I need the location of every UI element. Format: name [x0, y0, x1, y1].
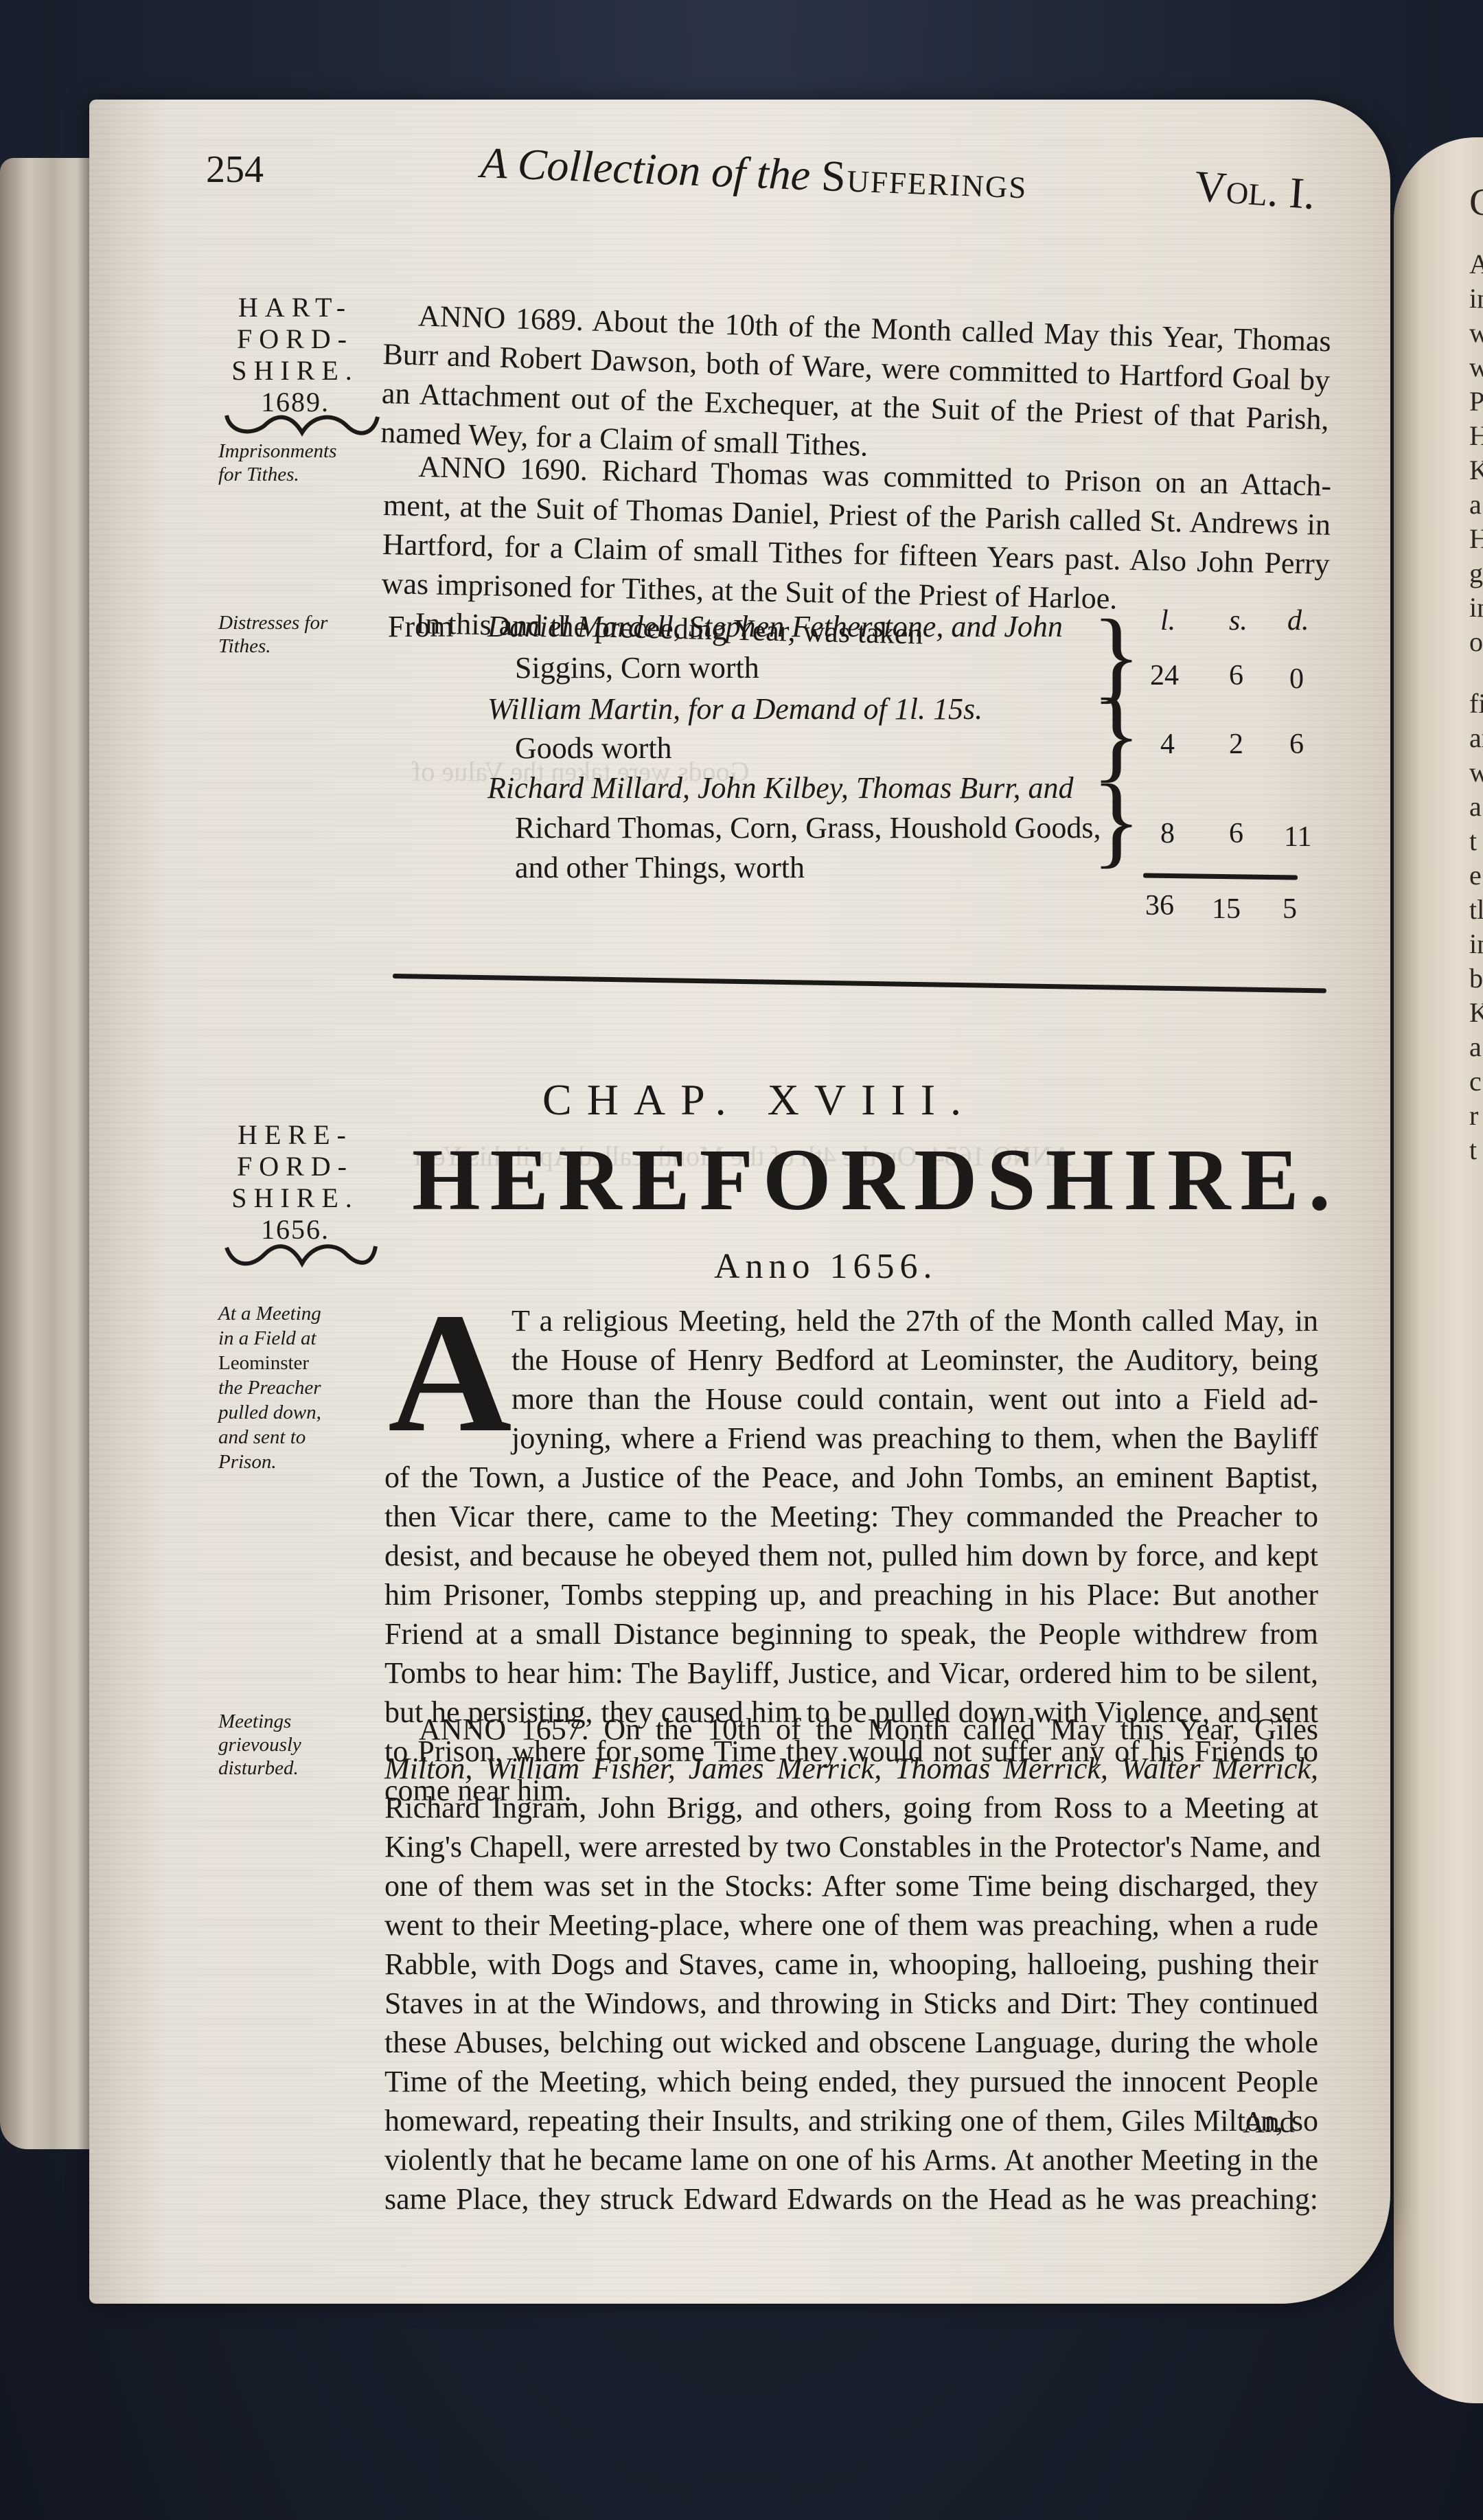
facing-page-fragment: in [1469, 282, 1483, 316]
facing-page-fragment: P [1469, 385, 1483, 419]
margin-note-line: for Tithes. [218, 463, 376, 486]
table-row-3-line-3: and other Things, worth [515, 849, 805, 887]
facing-page-fragment: a [1469, 1030, 1482, 1064]
text-line: homeward, repeating their Insults, and s… [384, 2101, 1318, 2140]
row-3-pence: 11 [1284, 821, 1311, 854]
facing-page-fragment: g [1469, 556, 1483, 591]
facing-page-fragment: tl [1469, 893, 1483, 927]
row-2-pence: 6 [1289, 728, 1304, 761]
margin-note-line: in a Field at [218, 1326, 376, 1351]
table-row-1-line-1: Daniel Mardell, Stephen Fetherstone, and… [487, 608, 1063, 646]
chapter-label: CHAP. XVIII. [542, 1075, 976, 1125]
text-line: T a religious Meeting, held the 27th of … [511, 1301, 1318, 1340]
text-line: of the Town, a Justice of the Peace, and… [384, 1458, 1318, 1497]
margin-heading-line: HERE- [227, 1119, 364, 1151]
text-line: Friend at a small Distance beginning to … [384, 1614, 1318, 1653]
facing-page-fragment: w [1469, 350, 1483, 385]
row-1-pence: 0 [1289, 663, 1304, 696]
facing-page-fragment: r [1469, 1099, 1478, 1133]
facing-page-fragment: e [1469, 858, 1482, 893]
row-3-pounds: 8 [1160, 817, 1175, 850]
text-line: Rabble, with Dogs and Staves, came in, w… [384, 1945, 1318, 1984]
facing-page-fragment: K [1469, 453, 1483, 488]
margin-note-line: Leominster [218, 1351, 376, 1375]
column-header-pounds: l. [1160, 604, 1175, 637]
text-line: same Place, they struck Edward Edwards o… [384, 2179, 1318, 2219]
row-2-pounds: 4 [1160, 728, 1175, 761]
facing-page-fragment: w [1469, 755, 1483, 790]
facing-page-fragment: c [1469, 1064, 1482, 1099]
book-page-edges [0, 158, 96, 2149]
facing-page-fragment: ar [1469, 721, 1483, 755]
facing-page-fragment: w [1469, 316, 1483, 350]
facing-page-fragment: H [1469, 522, 1483, 556]
facing-page-fragment: by [1469, 961, 1483, 996]
margin-heading-line: SHIRE. [227, 1182, 364, 1214]
flourish-ornament-icon [223, 409, 381, 443]
margin-note-distresses: Distresses for Tithes. [218, 611, 376, 658]
margin-note-line: the Preacher [218, 1375, 376, 1400]
margin-note-line: Meetings [218, 1710, 376, 1733]
text-line: then Vicar there, came to the Meeting: T… [384, 1497, 1318, 1536]
facing-page-fragment: fir [1469, 687, 1483, 721]
text-line: King's Chapell, were arrested by two Con… [384, 1827, 1318, 1866]
text-line: one of them was set in the Stocks: After… [384, 1866, 1318, 1905]
facing-page-fragment: a [1469, 790, 1482, 824]
margin-note-meeting-leominster: At a Meeting in a Field at Leominster th… [218, 1301, 376, 1474]
table-row-1-line-2: Siggins, Corn worth [515, 649, 759, 687]
facing-page-fragment: A [1469, 247, 1483, 282]
text-line: Staves in at the Windows, and throwing i… [384, 1984, 1318, 2023]
table-row-2-line-1: William Martin, for a Demand of 1l. 15s. [487, 690, 982, 729]
anno-heading: Anno 1656. [714, 1246, 938, 1287]
total-shillings: 15 [1212, 893, 1241, 926]
facing-page-fragment: t [1469, 1133, 1477, 1167]
margin-note-line: Prison. [218, 1450, 376, 1474]
text-line: joyning, where a Friend was preaching to… [511, 1419, 1318, 1458]
margin-note-line: grievously [218, 1733, 376, 1756]
volume-label: Vol. I. [1193, 161, 1317, 220]
running-title-caps: Sufferings [820, 151, 1028, 207]
row-1-pounds: 24 [1150, 659, 1179, 692]
text-line: violently that he became lame on one of … [384, 2140, 1318, 2179]
text-line: Tombs to hear him: The Bayliff, Justice,… [384, 1653, 1318, 1693]
facing-page-fragment: in [1469, 591, 1483, 625]
row-2-shillings: 2 [1229, 728, 1243, 761]
margin-heading-line: HART- [227, 292, 364, 323]
row-3-shillings: 6 [1229, 817, 1243, 850]
total-pounds: 36 [1145, 889, 1174, 922]
table-row-3-line-2: Richard Thomas, Corn, Grass, Houshold Go… [515, 809, 1101, 847]
facing-page-fragment: C [1469, 185, 1483, 220]
paragraph-1657: ANNO 1657. On the 10th of the Month call… [384, 1710, 1318, 2219]
table-lead-word: From [388, 608, 453, 646]
text-line: went to their Meeting-place, where one o… [384, 1905, 1318, 1945]
margin-note-line: At a Meeting [218, 1301, 376, 1326]
margin-note-meetings-disturbed: Meetings grievously disturbed. [218, 1710, 376, 1780]
page-number: 254 [206, 148, 264, 192]
row-2-text: William Martin, for a Demand of 1l. 15s. [487, 692, 982, 726]
facing-page-fragment: K [1469, 996, 1483, 1030]
text-line: Richard Ingram, John Brigg, and others, … [384, 1788, 1318, 1827]
margin-note-line: and sent to [218, 1425, 376, 1450]
margin-heading-line: FORD- [227, 1151, 364, 1182]
text-line: more than the House could contain, went … [511, 1379, 1318, 1419]
margin-heading-herefordshire: HERE- FORD- SHIRE. 1656. [227, 1119, 364, 1246]
margin-heading-line: FORD- [227, 323, 364, 355]
margin-note-imprisonments: Imprisonments for Tithes. [218, 439, 376, 486]
column-header-pence: d. [1287, 604, 1309, 637]
facing-page: C A in w w P H K a H g in o fir ar w a t… [1394, 137, 1483, 2403]
table-row-2-line-2: Goods worth [515, 729, 672, 768]
text-line: ANNO 1657. On the 10th of the Month call… [384, 1710, 1318, 1749]
margin-note-line: Imprisonments [218, 439, 376, 463]
paragraph-1656-opening: T a religious Meeting, held the 27th of … [511, 1301, 1318, 1458]
margin-heading-line: SHIRE. [227, 355, 364, 387]
text-line: desist, and because he obeyed them not, … [384, 1536, 1318, 1575]
facing-page-fragment: t [1469, 824, 1477, 858]
text-line: him Prisoner, Tombs stepping up, and pre… [384, 1575, 1318, 1614]
text-line: Milton, William Fisher, James Merrick, T… [384, 1749, 1318, 1788]
text-line: these Abuses, belching out wicked and ob… [384, 2023, 1318, 2062]
text-line: the House of Henry Bedford at Leominster… [511, 1340, 1318, 1379]
chapter-title: HEREFORDSHIRE. [412, 1130, 1340, 1230]
text-line: Time of the Meeting, which being ended, … [384, 2062, 1318, 2101]
facing-page-fragment: a [1469, 488, 1482, 522]
column-header-shillings: s. [1229, 604, 1248, 637]
margin-note-line: pulled down, [218, 1400, 376, 1425]
row-1-shillings: 6 [1229, 659, 1243, 692]
margin-note-line: disturbed. [218, 1756, 376, 1780]
margin-heading-hartfordshire: HART- FORD- SHIRE. 1689. [227, 292, 364, 418]
facing-page-fragment: H [1469, 419, 1483, 453]
margin-note-line: Tithes. [218, 634, 376, 658]
catchword: And [1243, 2105, 1295, 2140]
flourish-ornament-icon [223, 1239, 381, 1274]
margin-note-line: Distresses for [218, 611, 376, 634]
total-pence: 5 [1283, 893, 1297, 926]
drop-cap: A [388, 1301, 512, 1445]
facing-page-fragment: in [1469, 927, 1483, 961]
brace-icon: } [1092, 769, 1141, 872]
table-row-3-line-1: Richard Millard, John Kilbey, Thomas Bur… [487, 769, 1074, 807]
facing-page-fragment: o [1469, 625, 1483, 659]
